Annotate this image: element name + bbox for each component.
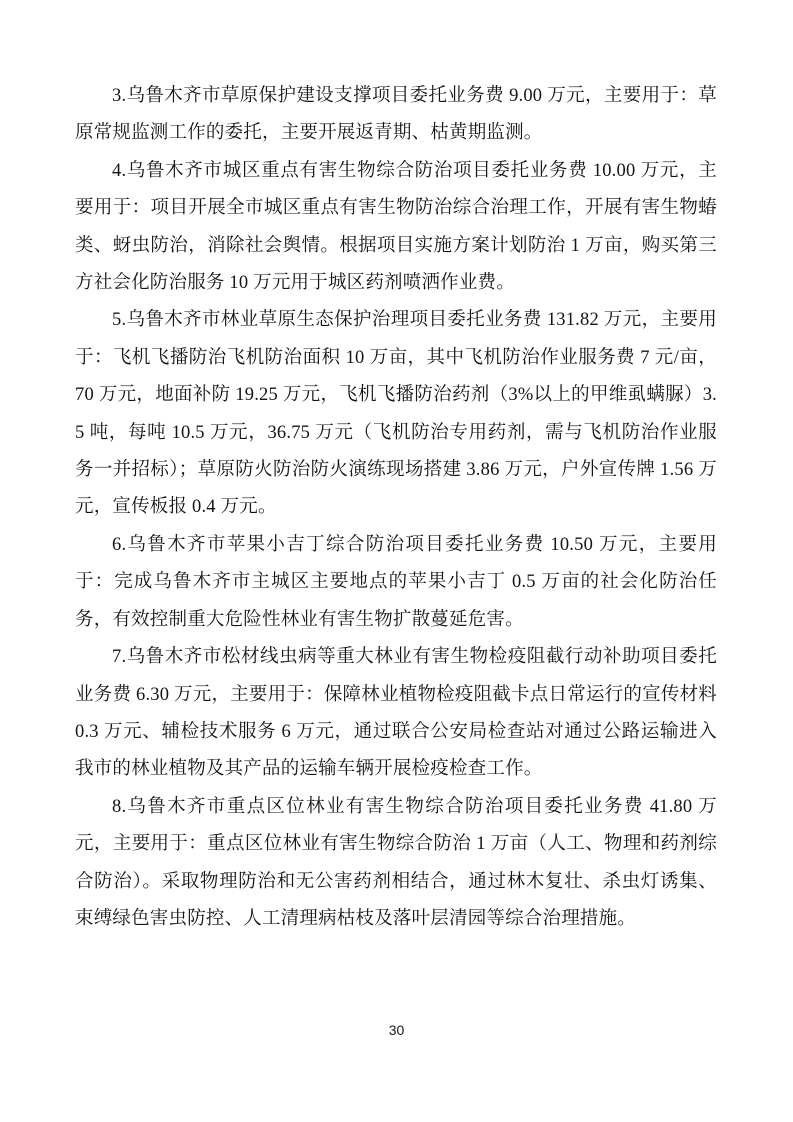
document-body-text: 3.乌鲁木齐市草原保护建设支撑项目委托业务费 9.00 万元，主要用于：草原常规… bbox=[75, 78, 717, 938]
paragraph-item-7: 7.乌鲁木齐市松材线虫病等重大林业有害生物检疫阻截行动补助项目委托业务费 6.3… bbox=[75, 639, 717, 789]
document-page: 3.乌鲁木齐市草原保护建设支撑项目委托业务费 9.00 万元，主要用于：草原常规… bbox=[0, 0, 793, 1122]
paragraph-item-3: 3.乌鲁木齐市草原保护建设支撑项目委托业务费 9.00 万元，主要用于：草原常规… bbox=[75, 78, 717, 153]
paragraph-item-5: 5.乌鲁木齐市林业草原生态保护治理项目委托业务费 131.82 万元，主要用于：… bbox=[75, 302, 717, 526]
paragraph-item-6: 6.乌鲁木齐市苹果小吉丁综合防治项目委托业务费 10.50 万元，主要用于：完成… bbox=[75, 527, 717, 639]
paragraph-item-4: 4.乌鲁木齐市城区重点有害生物综合防治项目委托业务费 10.00 万元，主要用于… bbox=[75, 153, 717, 303]
paragraph-item-8: 8.乌鲁木齐市重点区位林业有害生物综合防治项目委托业务费 41.80 万元，主要… bbox=[75, 789, 717, 939]
page-number: 30 bbox=[0, 1022, 793, 1038]
